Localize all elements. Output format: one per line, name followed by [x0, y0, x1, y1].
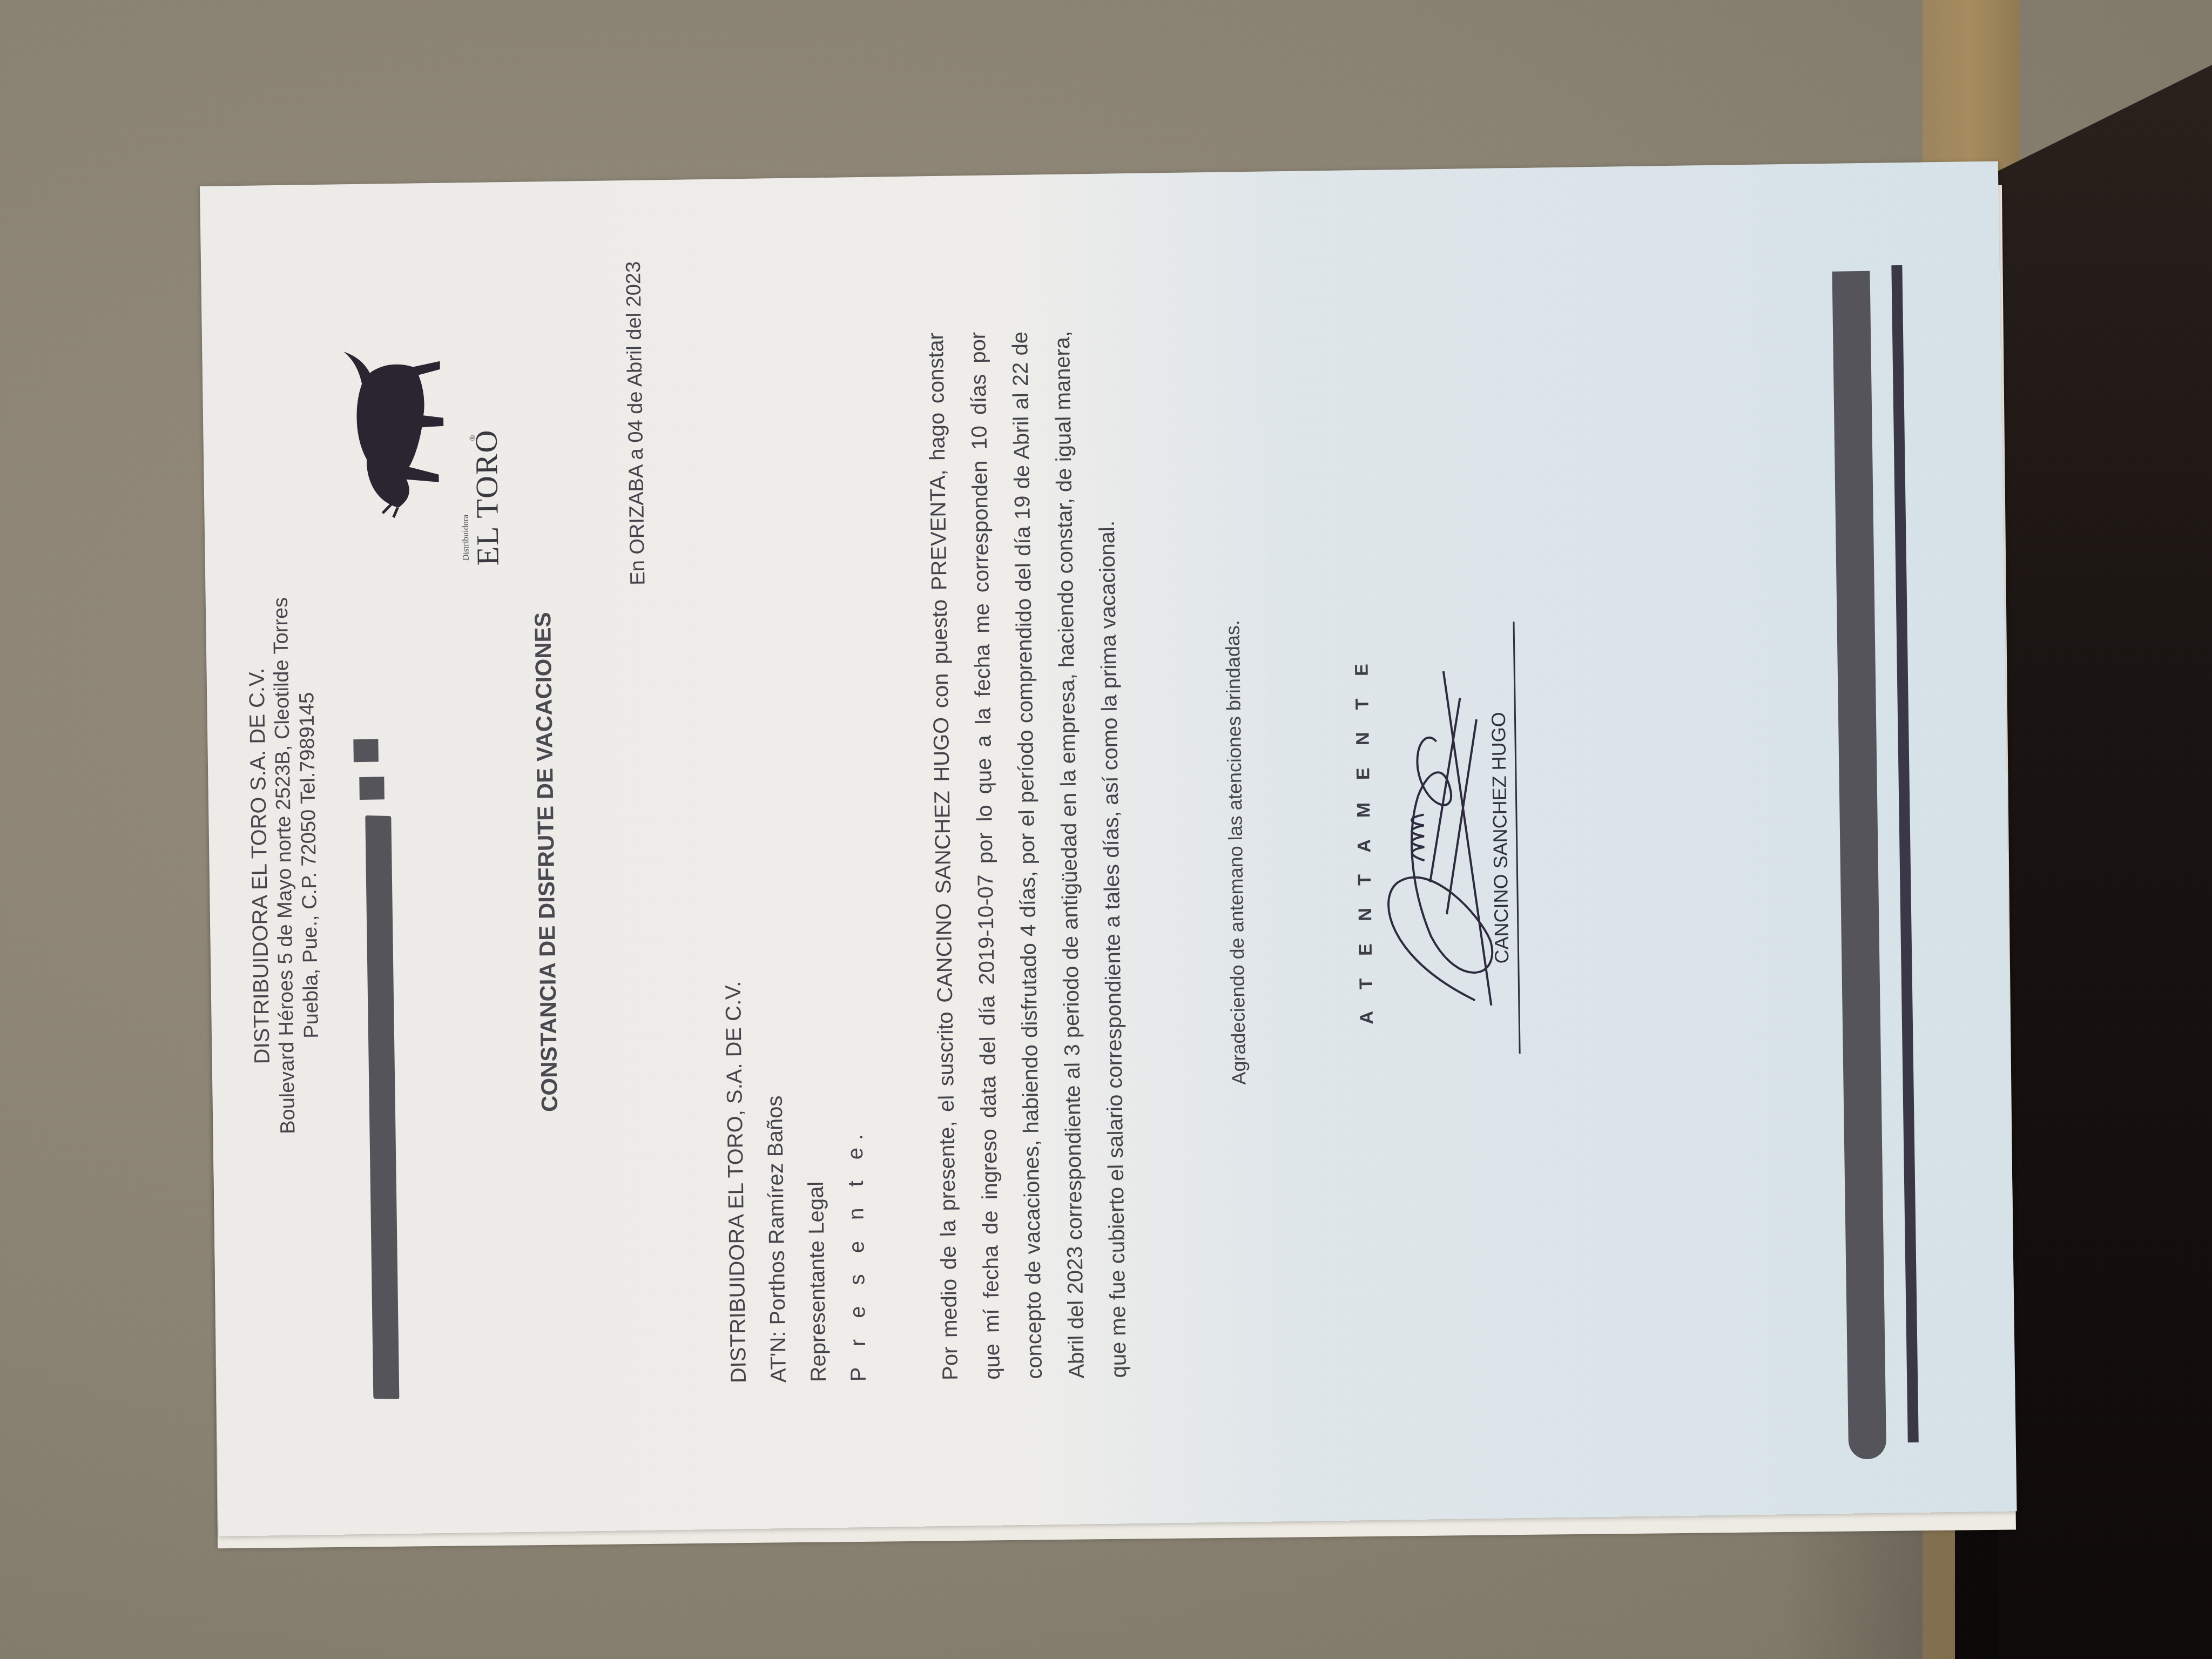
letter-content: DISTRIBUIDORA EL TORO S.A. DE C.V. Boule…	[200, 172, 2000, 1536]
header-bar-short-2	[353, 739, 379, 762]
header-decorative-bars	[335, 588, 433, 1399]
logo-registered-mark: ®	[468, 435, 476, 441]
recipient-role: Representante Legal	[793, 980, 839, 1382]
recipient-block: DISTRIBUIDORA EL TORO, S.A. DE C.V. AT'N…	[713, 979, 879, 1384]
document-title: CONSTANCIA DE DISFRUTE DE VACACIONES	[524, 192, 569, 1532]
handwritten-signature-icon	[1362, 654, 1507, 1023]
company-logo: Distribuidora EL TORO ®	[331, 301, 513, 584]
footer-bar-thick	[1832, 271, 1886, 1460]
header-bar-short-1	[359, 777, 385, 800]
recipient-attention: AT'N: Porthos Ramírez Baños	[753, 980, 799, 1383]
header-bar-long	[365, 815, 399, 1399]
footer-decorative-bars	[1820, 227, 1946, 1460]
bull-icon	[332, 339, 458, 519]
footer-bar-thin	[1891, 265, 1918, 1442]
letter-sheet: DISTRIBUIDORA EL TORO S.A. DE C.V. Boule…	[200, 161, 2017, 1536]
recipient-greeting: P r e s e n t e.	[833, 979, 879, 1382]
recipient-company: DISTRIBUIDORA EL TORO, S.A. DE C.V.	[713, 981, 759, 1384]
signer-name: CANCINO SANCHEZ HUGO	[1483, 460, 1517, 1216]
company-header: DISTRIBUIDORA EL TORO S.A. DE C.V. Boule…	[238, 195, 331, 1536]
closing-line: Agradeciendo de antemano las atenciones …	[1215, 183, 1257, 1522]
body-paragraph: Por medio de la presente, el suscrito CA…	[915, 330, 1140, 1380]
logo-brand: EL TORO	[468, 429, 506, 566]
place-date: En ORIZABA a 04 de Abril del 2023	[622, 261, 653, 801]
signature-block: A T E N T A M E N T E CANCINO SANCHEZ HU…	[1348, 460, 1543, 1218]
signature-line	[1513, 622, 1520, 1054]
